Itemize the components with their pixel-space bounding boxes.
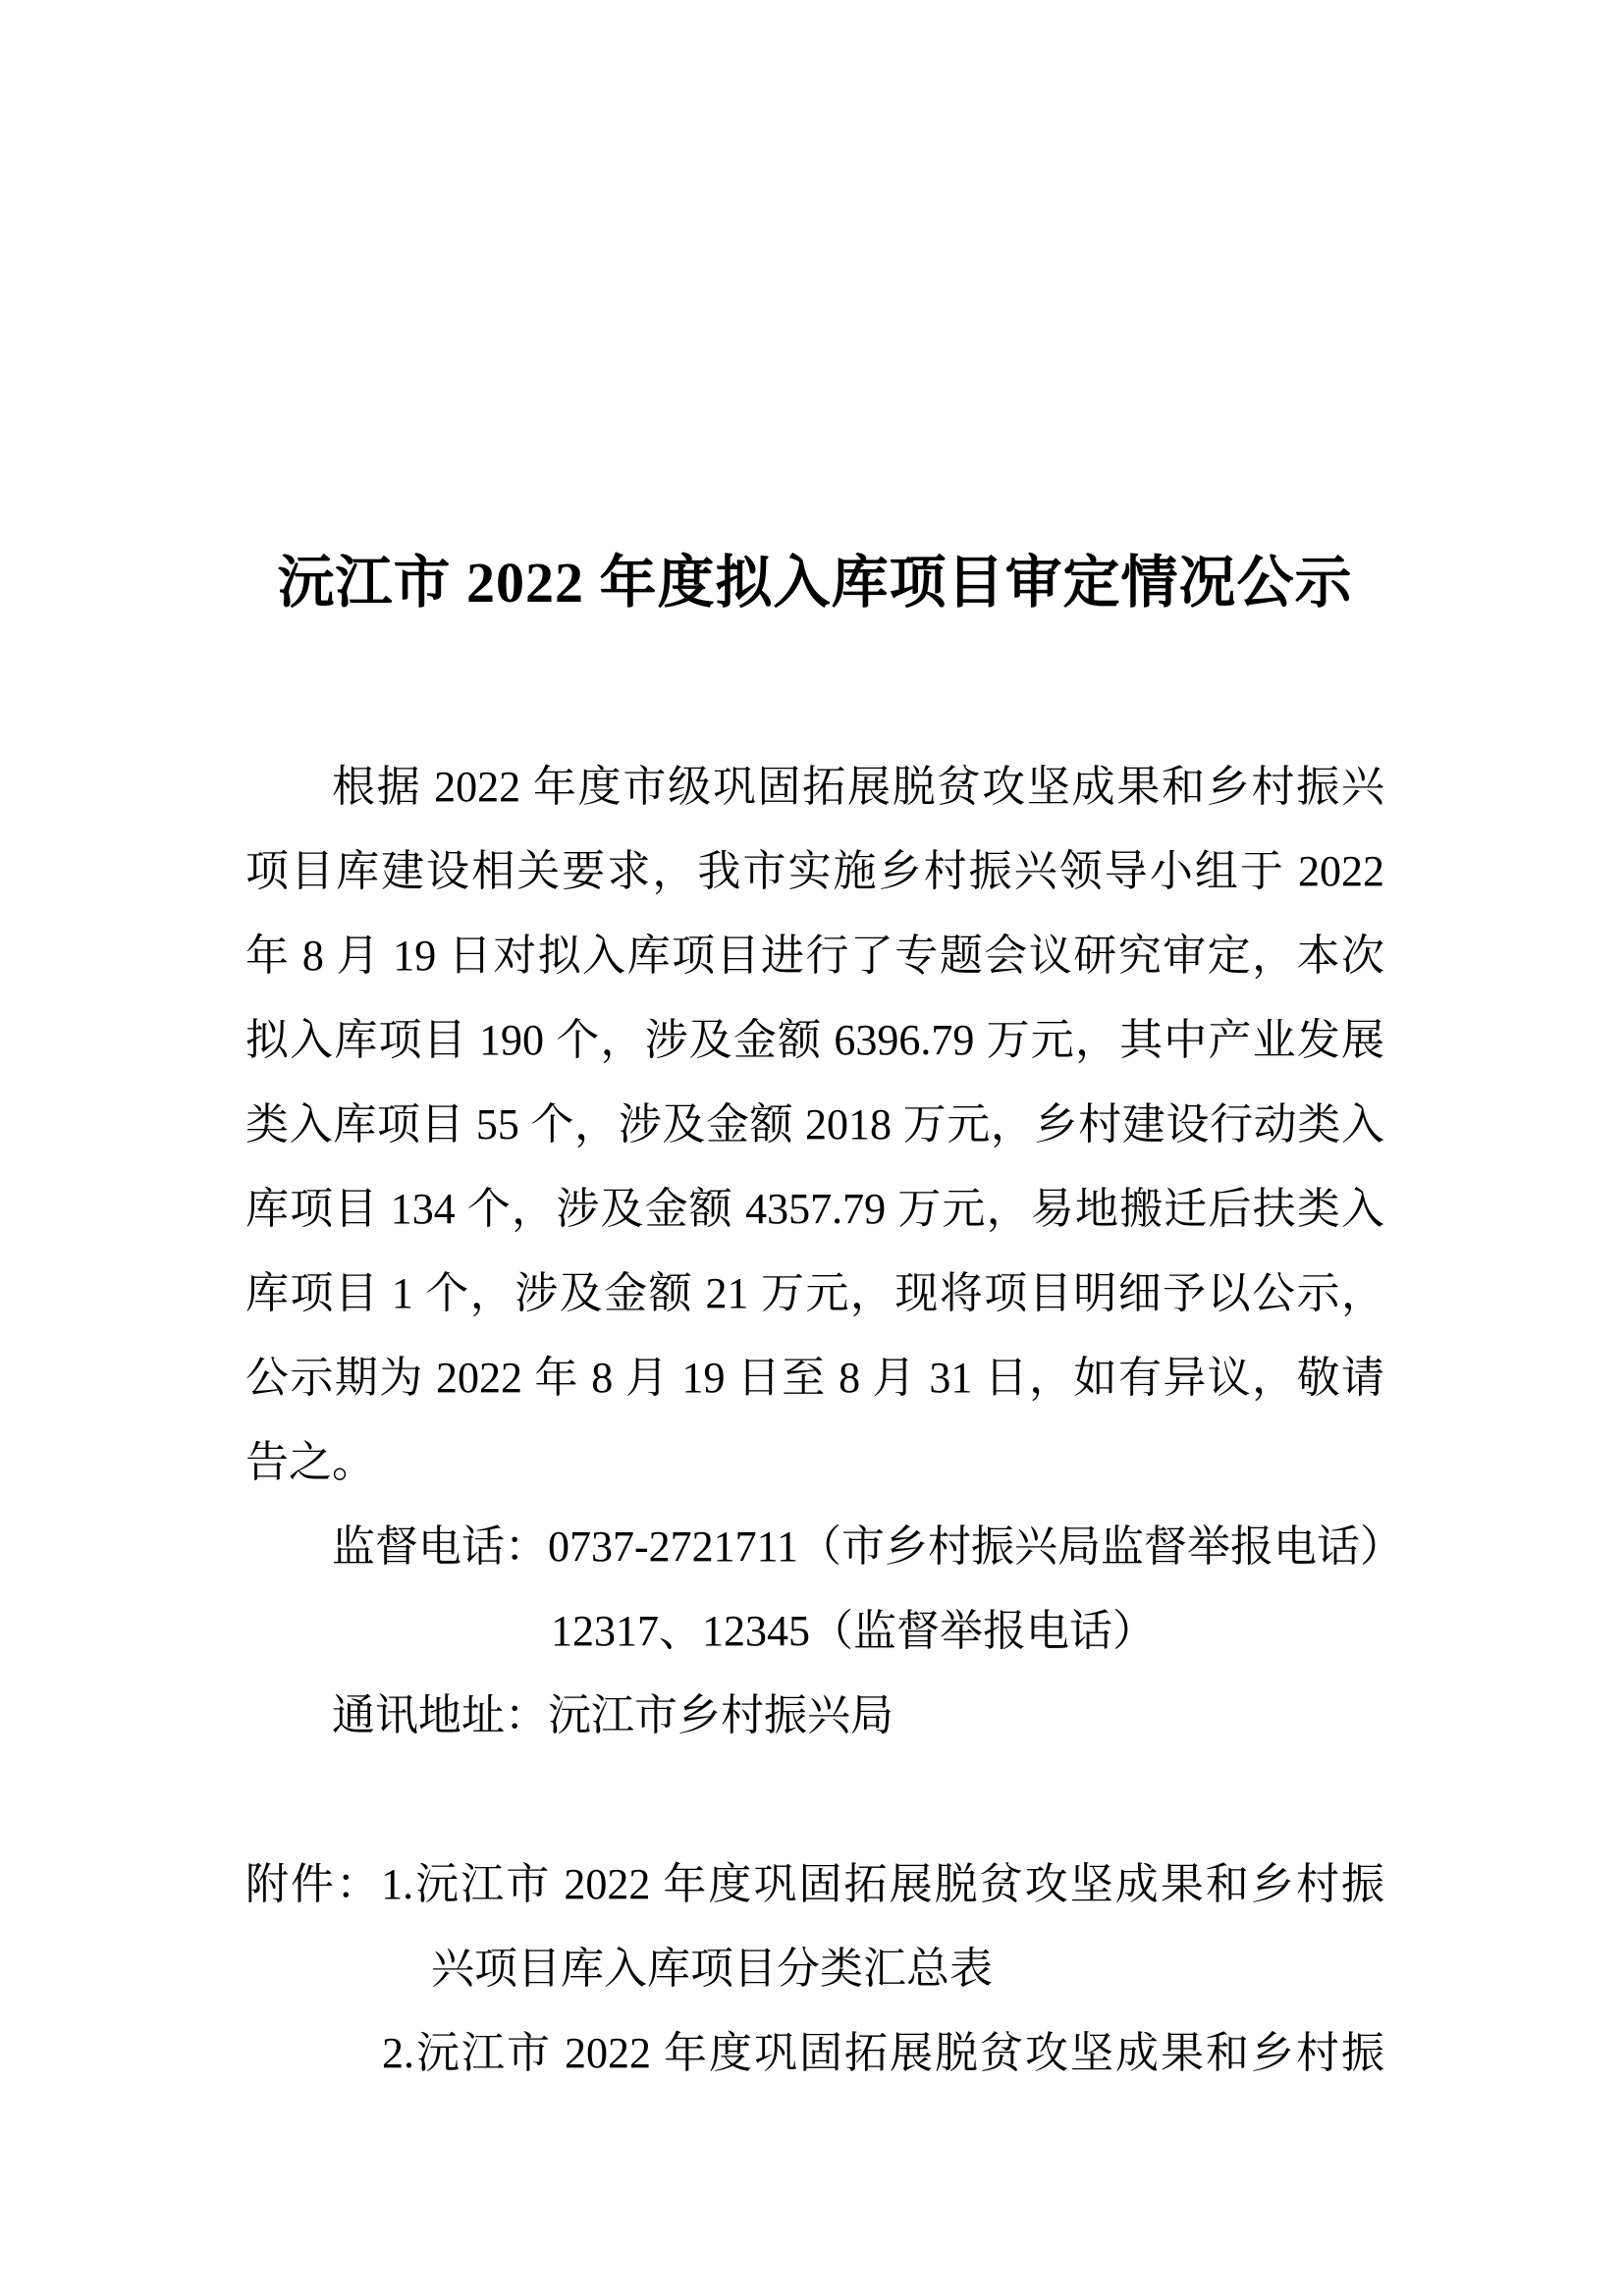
attachment-item-1-wrap: 兴项目库入库项目分类汇总表 bbox=[245, 1927, 1384, 2011]
mailing-address-line: 通讯地址：沅江市乡村振兴局 bbox=[245, 1674, 1384, 1758]
notice-page: 沅江市 2022 年度拟入库项目审定情况公示 根据 2022 年度市级巩固拓展脱… bbox=[0, 0, 1624, 2296]
body-line-8: 公示期为 2022 年 8 月 19 日至 8 月 31 日，如有异议，敬请 bbox=[245, 1336, 1384, 1420]
body-line-1: 根据 2022 年度市级巩固拓展脱贫攻坚成果和乡村振兴 bbox=[245, 745, 1384, 829]
body-line-9: 告之。 bbox=[245, 1420, 1384, 1505]
body-line-2: 项目库建设相关要求，我市实施乡村振兴领导小组于 2022 bbox=[245, 829, 1384, 914]
body-line-6: 库项目 134 个，涉及金额 4357.79 万元，易地搬迁后扶类入 bbox=[245, 1167, 1384, 1252]
blank-line bbox=[245, 1758, 1384, 1842]
attachment-item-2-line: 2.沅江市 2022 年度巩固拓展脱贫攻坚成果和乡村振 bbox=[245, 2011, 1384, 2096]
body-line-5: 类入库项目 55 个，涉及金额 2018 万元，乡村建设行动类入 bbox=[245, 1083, 1384, 1167]
body-line-7: 库项目 1 个，涉及金额 21 万元，现将项目明细予以公示， bbox=[245, 1252, 1384, 1336]
document-body: 根据 2022 年度市级巩固拓展脱贫攻坚成果和乡村振兴 项目库建设相关要求，我市… bbox=[245, 745, 1384, 2096]
supervision-phone-line: 监督电话：0737-2721711（市乡村振兴局监督举报电话） bbox=[245, 1505, 1384, 1589]
body-line-3: 年 8 月 19 日对拟入库项目进行了专题会议研究审定，本次 bbox=[245, 914, 1384, 998]
document-title: 沅江市 2022 年度拟入库项目审定情况公示 bbox=[245, 550, 1384, 616]
hotline-phone-line: 12317、12345（监督举报电话） bbox=[245, 1589, 1384, 1674]
attachment-item-1-line: 附件：1.沅江市 2022 年度巩固拓展脱贫攻坚成果和乡村振 bbox=[245, 1842, 1384, 1927]
body-line-4: 拟入库项目 190 个，涉及金额 6396.79 万元，其中产业发展 bbox=[245, 998, 1384, 1083]
